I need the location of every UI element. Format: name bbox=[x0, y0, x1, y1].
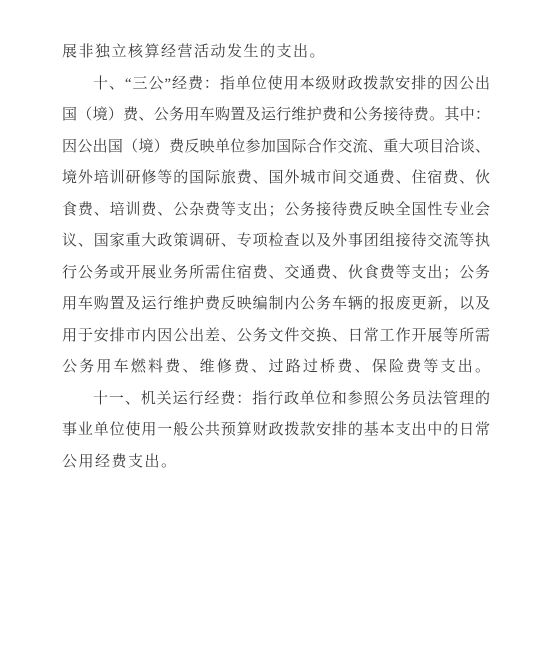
text-line: 境外培训研修等的国际旅费、国外城市间交通费、住宿费、伙 bbox=[62, 163, 490, 195]
text-line: 公务用车燃料费、维修费、过路过桥费、保险费等支出。 bbox=[62, 352, 490, 384]
text-line: 用于安排市内因公出差、公务文件交换、日常工作开展等所需 bbox=[62, 321, 490, 353]
text-line: 公用经费支出。 bbox=[62, 447, 490, 479]
text-line: 十一、机关运行经费：指行政单位和参照公务员法管理的 bbox=[62, 384, 490, 416]
document-text: 展非独立核算经营活动发生的支出。十、“三公”经费：指单位使用本级财政拨款安排的因… bbox=[62, 37, 490, 478]
text-line: 展非独立核算经营活动发生的支出。 bbox=[62, 37, 490, 69]
text-line: 国（境）费、公务用车购置及运行维护费和公务接待费。其中： bbox=[62, 100, 490, 132]
text-line: 用车购置及运行维护费反映编制内公务车辆的报废更新，以及 bbox=[62, 289, 490, 321]
text-line: 食费、培训费、公杂费等支出；公务接待费反映全国性专业会 bbox=[62, 195, 490, 227]
text-line: 事业单位使用一般公共预算财政拨款安排的基本支出中的日常 bbox=[62, 415, 490, 447]
text-line: 议、国家重大政策调研、专项检查以及外事团组接待交流等执 bbox=[62, 226, 490, 258]
text-line: 因公出国（境）费反映单位参加国际合作交流、重大项目洽谈、 bbox=[62, 132, 490, 164]
document-page: 展非独立核算经营活动发生的支出。十、“三公”经费：指单位使用本级财政拨款安排的因… bbox=[0, 0, 548, 649]
text-line: 行公务或开展业务所需住宿费、交通费、伙食费等支出；公务 bbox=[62, 258, 490, 290]
text-line: 十、“三公”经费：指单位使用本级财政拨款安排的因公出 bbox=[62, 69, 490, 101]
